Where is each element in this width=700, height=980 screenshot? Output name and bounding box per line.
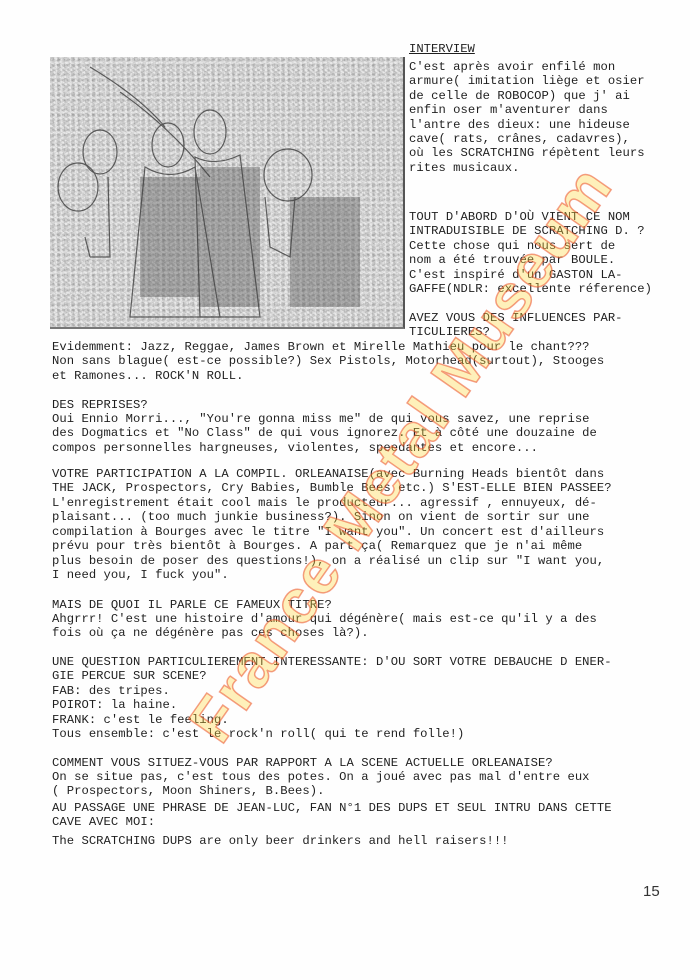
question-title: MAIS DE QUOI IL PARLE CE FAMEUX TITRE?: [52, 598, 332, 612]
answer-local-scene: On se situe pas, c'est tous des potes. O…: [52, 770, 590, 799]
answer-energy: FAB: des tripes. POIROT: la haine. FRANK…: [52, 684, 464, 742]
answer-compilation: L'enregistrement était cool mais le prod…: [52, 496, 604, 582]
question-energy: UNE QUESTION PARTICULIEREMENT INTERESSAN…: [52, 655, 612, 684]
question-covers: DES REPRISES?: [52, 398, 148, 412]
zine-page: INTERVIEW C'est après avoir enfilé mon a…: [0, 0, 700, 980]
fan-quote-intro: AU PASSAGE UNE PHRASE DE JEAN-LUC, FAN N…: [52, 801, 612, 830]
band-photo-figures: [50, 57, 403, 327]
intro-paragraph: C'est après avoir enfilé mon armure( imi…: [409, 60, 645, 175]
question-local-scene: COMMENT VOUS SITUEZ-VOUS PAR RAPPORT A L…: [52, 756, 553, 770]
page-number: 15: [643, 883, 660, 900]
question-compilation: VOTRE PARTICIPATION A LA COMPIL. ORLEANA…: [52, 467, 612, 496]
question-influences: AVEZ VOUS DES INFLUENCES PAR- TICULIERES…: [409, 311, 623, 340]
answer-covers: Oui Ennio Morri..., "You're gonna miss m…: [52, 412, 597, 455]
answer-band-name: Cette chose qui nous sert de nom a été t…: [409, 239, 652, 297]
answer-title: Ahgrrr! C'est une histoire d'amour qui d…: [52, 612, 597, 641]
fan-quote: The SCRATCHING DUPS are only beer drinke…: [52, 834, 509, 848]
answer-influences: Evidemment: Jazz, Reggae, James Brown et…: [52, 340, 604, 383]
question-band-name: TOUT D'ABORD D'OÙ VIENT CE NOM INTRADUIS…: [409, 210, 645, 239]
interview-heading: INTERVIEW: [409, 42, 475, 56]
band-photo: [50, 57, 405, 329]
